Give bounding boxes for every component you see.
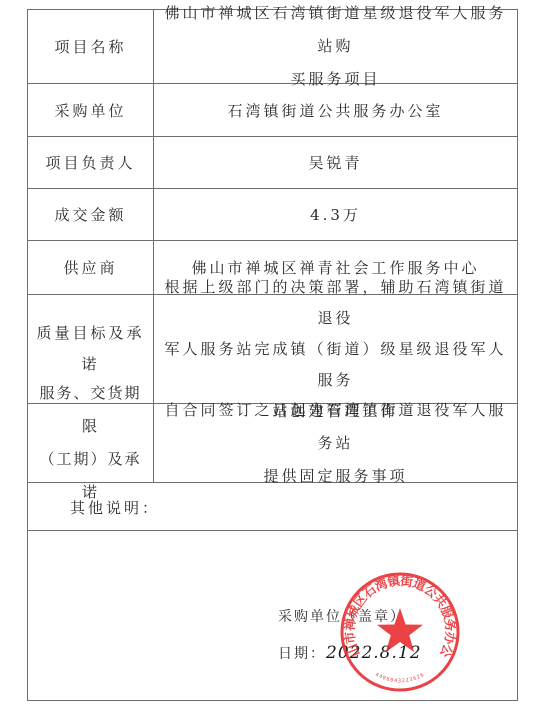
procurement-info-table: 项目名称 佛山市禅城区石湾镇街道星级退役军人服务站购 买服务项目 采购单位 石湾… xyxy=(27,9,518,701)
label-line: 诺 xyxy=(36,349,144,380)
date-line: 日期：2022.8.12 xyxy=(278,643,422,663)
row-signature: 采购单位（盖章） 日期：2022.8.12 xyxy=(28,531,517,701)
value-deal-amount: 4.3万 xyxy=(154,189,517,240)
value-quality-goal: 根据上级部门的决策部署，辅助石湾镇街道退役 军人服务站完成镇（街道）级星级退役军… xyxy=(154,295,517,403)
row-delivery-term: 服务、交货期限 （工期）及承诺 自合同签订之日起为石湾镇街道退役军人服务站 提供… xyxy=(28,404,517,483)
value-project-lead: 吴锐青 xyxy=(154,137,517,188)
label-text: 供应商 xyxy=(63,257,117,278)
row-deal-amount: 成交金额 4.3万 xyxy=(28,189,517,241)
label-deal-amount: 成交金额 xyxy=(28,189,154,240)
value-line: 自合同签订之日起为石湾镇街道退役军人服务站 xyxy=(162,394,509,460)
label-purchaser: 采购单位 xyxy=(28,84,154,136)
label-line: 服务、交货期限 xyxy=(32,377,149,443)
purchaser-seal-label: 采购单位（盖章） xyxy=(278,606,406,626)
value-line: 佛山市禅城区石湾镇街道星级退役军人服务站购 xyxy=(162,0,509,63)
value-text: 4.3万 xyxy=(310,204,361,225)
label-project-name: 项目名称 xyxy=(28,10,154,83)
label-delivery-term: 服务、交货期限 （工期）及承诺 xyxy=(28,404,154,482)
row-other-notes: 其他说明： xyxy=(28,483,517,531)
other-notes-label: 其他说明： xyxy=(70,497,160,518)
label-text: 项目负责人 xyxy=(45,152,135,173)
value-purchaser: 石湾镇街道公共服务办公室 xyxy=(154,84,517,136)
value-line: 军人服务站完成镇（街道）级星级退役军人服务 xyxy=(162,334,509,396)
label-supplier: 供应商 xyxy=(28,241,154,294)
label-line: 质量目标及承 xyxy=(36,318,144,349)
value-line: 根据上级部门的决策部署，辅助石湾镇街道退役 xyxy=(162,272,509,334)
label-text: 采购单位 xyxy=(54,100,126,121)
row-project-name: 项目名称 佛山市禅城区石湾镇街道星级退役军人服务站购 买服务项目 xyxy=(28,10,517,84)
row-project-lead: 项目负责人 吴锐青 xyxy=(28,137,517,189)
value-project-name: 佛山市禅城区石湾镇街道星级退役军人服务站购 买服务项目 xyxy=(154,10,517,83)
label-text: 成交金额 xyxy=(54,204,126,225)
date-label: 日期： xyxy=(278,646,326,662)
row-purchaser: 采购单位 石湾镇街道公共服务办公室 xyxy=(28,84,517,137)
value-delivery-term: 自合同签订之日起为石湾镇街道退役军人服务站 提供固定服务事项 xyxy=(154,404,517,482)
label-project-lead: 项目负责人 xyxy=(28,137,154,188)
value-text: 吴锐青 xyxy=(308,152,362,173)
handwritten-date: 2022.8.12 xyxy=(326,643,422,663)
value-text: 石湾镇街道公共服务办公室 xyxy=(227,100,443,121)
label-text: 项目名称 xyxy=(54,36,126,57)
